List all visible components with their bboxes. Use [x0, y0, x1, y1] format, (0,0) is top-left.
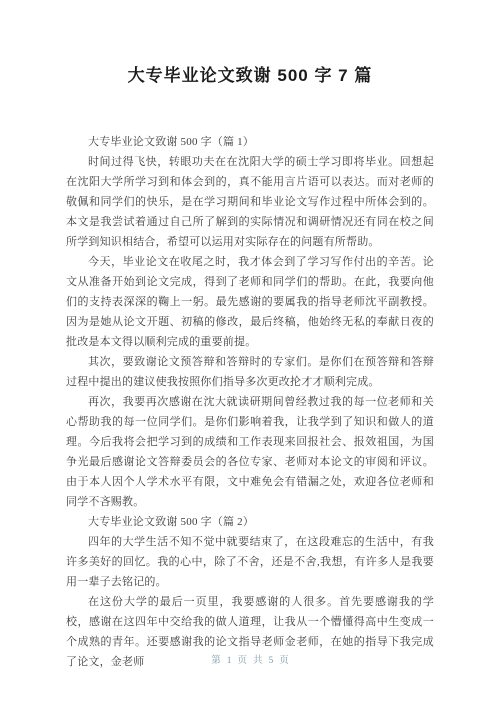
pagination-current-page: 1 [227, 656, 232, 666]
pagination-page-unit-1: 页 [237, 656, 247, 666]
section-2-paragraph-1: 四年的大学生活不知不觉中就要结束了，在这段难忘的生活中，有我许多美好的回忆。我的… [66, 532, 434, 592]
essay-section-1: 大专毕业论文致谢 500 字（篇 1） 时间过得飞快，转眼功夫在在沈阳大学的硕士… [66, 132, 434, 512]
section-2-heading: 大专毕业论文致谢 500 字（篇 2） [66, 512, 434, 532]
section-1-heading: 大专毕业论文致谢 500 字（篇 1） [66, 132, 434, 152]
document-page: 大专毕业论文致谢 500 字 7 篇 大专毕业论文致谢 500 字（篇 1） 时… [0, 0, 500, 707]
page-title: 大专毕业论文致谢 500 字 7 篇 [66, 64, 434, 88]
page-footer: 第1页共5页 [0, 655, 500, 667]
section-1-paragraph-1: 时间过得飞快，转眼功夫在在沈阳大学的硕士学习即将毕业。回想起在沈阳大学所学习到和… [66, 152, 434, 252]
pagination-page-unit-2: 页 [279, 656, 289, 666]
pagination-total-word: 共 [253, 656, 263, 666]
document-body: 大专毕业论文致谢 500 字（篇 1） 时间过得飞快，转眼功夫在在沈阳大学的硕士… [66, 132, 434, 672]
section-1-paragraph-2: 今天，毕业论文在收尾之时，我才体会到了学习写作付出的辛苦。论文从准备开始到论文完… [66, 252, 434, 352]
pagination-page-word: 第 [211, 656, 221, 666]
section-1-paragraph-3: 其次，要致谢论文预答辩和答辩时的专家们。是你们在预答辩和答辩过程中提出的建议使我… [66, 352, 434, 392]
essay-section-2: 大专毕业论文致谢 500 字（篇 2） 四年的大学生活不知不觉中就要结束了，在这… [66, 512, 434, 672]
section-1-paragraph-4: 再次，我要再次感谢在沈大就读研期间曾经教过我的每一位老师和关心帮助我的每一位同学… [66, 392, 434, 512]
pagination-total-pages: 5 [269, 656, 274, 666]
